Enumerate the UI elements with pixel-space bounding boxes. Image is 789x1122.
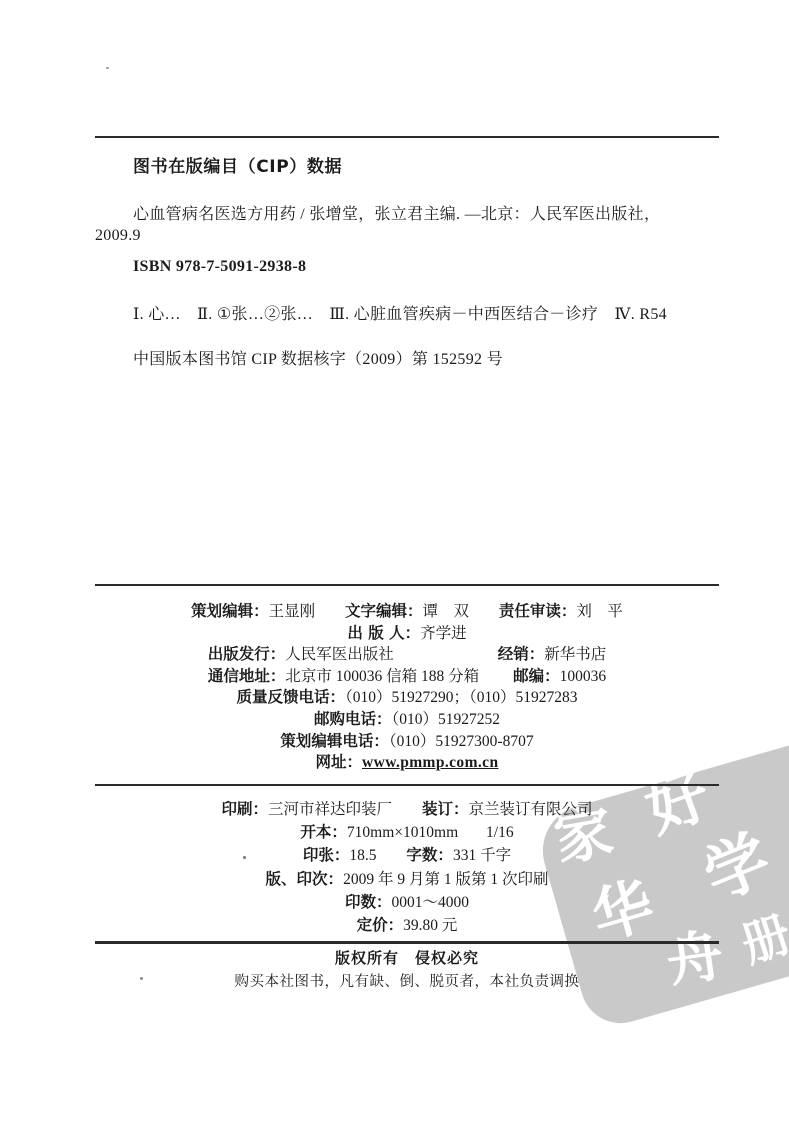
field-label: 开本： [300,823,347,841]
field-value: 2009 年 9 月第 1 版第 1 次印刷 [343,871,548,888]
field-label: 质量反馈电话： [236,688,345,706]
field-label: 印刷： [222,800,269,818]
scan-speck [106,67,109,69]
divider-copyright [95,941,719,944]
info-pair: 开本：710mm×1010mm [300,824,458,841]
field-value: 18.5 [349,847,376,864]
book-copyright-page: 家 好 华 学 舟 册 PDG 图书在版编目（CIP）数据 心血管病名医选方用药… [0,0,789,1122]
info-pair: 文字编辑：谭 双 [345,603,469,620]
info-pair: 印数：0001～4000 [345,894,469,911]
field-value: 刘 平 [576,603,623,620]
cip-isbn: ISBN 978-7-5091-2938-8 [133,258,306,276]
website-url: www.pmmp.com.cn [362,754,498,771]
copyright-block: 版权所有 侵权必究 购买本社图书，凡有缺、倒、脱页者，本社负责调换 [95,946,719,994]
field-value: （010）51927290；（010）51927283 [345,689,578,706]
field-label: 装订： [422,800,469,818]
info-row-publisher-person: 出 版 人：齐学进 [95,623,719,645]
info-pair: 印刷：三河市祥达印装厂 [222,801,393,818]
info-pair: 质量反馈电话：（010）51927290；（010）51927283 [236,689,577,706]
field-label: 责任审读： [499,602,577,620]
field-label: 字数： [406,846,453,864]
info-pair: 策划编辑：王显刚 [191,603,315,620]
watermark-seal-glyph: 册 [736,911,789,971]
field-label: 印数： [345,893,392,911]
field-value: （010）51927300-8707 [389,733,534,750]
field-label: 定价： [357,916,404,934]
field-value: 1/16 [486,824,514,841]
info-row-editors: 策划编辑：王显刚 文字编辑：谭 双 责任审读：刘 平 [95,601,719,623]
divider-publication [95,584,719,586]
cip-classification: Ⅰ. 心… Ⅱ. ①张…②张… Ⅲ. 心脏血管疾病－中西医结合－诊疗 Ⅳ. R5… [133,301,667,324]
info-row-mailorder-phone: 邮购电话：（010）51927252 [95,709,719,731]
info-row-feedback-phone: 质量反馈电话：（010）51927290；（010）51927283 [95,687,719,709]
field-value: 0001～4000 [392,894,470,911]
field-label: 版、印次： [266,870,344,888]
field-label: 邮购电话： [314,710,392,728]
info-row-printer: 印刷：三河市祥达印装厂 装订：京兰装订有限公司 [95,798,719,821]
info-row-address: 通信地址：北京市 100036 信箱 188 分箱 邮编：100036 [95,666,719,688]
field-value: 人民军医出版社 [285,646,394,663]
field-label: 文字编辑： [345,602,423,620]
printing-info: 印刷：三河市祥达印装厂 装订：京兰装订有限公司 开本：710mm×1010mm … [95,798,719,937]
copyright-notice: 版权所有 侵权必究 [95,946,719,970]
field-value: 王显刚 [269,603,316,620]
field-value: 39.80 元 [403,917,457,934]
info-row-sheets: 印张：18.5 字数：331 千字 [95,844,719,867]
field-label: 邮编： [513,667,560,685]
field-value: 京兰装订有限公司 [468,801,592,818]
info-pair: 字数：331 千字 [406,847,511,864]
field-value: 新华书店 [544,646,606,663]
info-row-print-run: 印数：0001～4000 [95,891,719,914]
field-label: 经销： [498,645,545,663]
field-value: 齐学进 [420,625,467,642]
info-pair: 1/16 [486,824,514,841]
divider-printing [95,784,719,786]
divider-top [95,136,719,138]
info-row-website: 网址：www.pmmp.com.cn [95,752,719,774]
field-label: 策划编辑电话： [280,732,389,750]
field-value: 100036 [560,668,607,685]
info-pair: 邮编：100036 [513,668,606,685]
info-row-edition: 版、印次：2009 年 9 月第 1 版第 1 次印刷 [95,868,719,891]
info-row-format: 开本：710mm×1010mm 1/16 [95,821,719,844]
field-label: 网址： [316,753,363,771]
info-pair: 策划编辑电话：（010）51927300-8707 [280,733,533,750]
cip-registry-number: 中国版本图书馆 CIP 数据核字（2009）第 152592 号 [133,346,503,369]
publication-info: 策划编辑：王显刚 文字编辑：谭 双 责任审读：刘 平 出 版 人：齐学进 出版发… [95,601,719,774]
info-pair: 定价：39.80 元 [357,917,458,934]
info-row-price: 定价：39.80 元 [95,914,719,937]
field-value: 331 千字 [453,847,511,864]
field-value: 北京市 100036 信箱 188 分箱 [285,668,479,685]
field-value: 三河市祥达印装厂 [268,801,392,818]
field-value: （010）51927252 [392,711,501,728]
exchange-notice: 购买本社图书，凡有缺、倒、脱页者，本社负责调换 [95,970,719,994]
field-label: 策划编辑： [191,602,269,620]
info-pair: 邮购电话：（010）51927252 [314,711,500,728]
info-pair: 经销：新华书店 [498,646,607,663]
cip-entry-continuation: 2009.9 [95,227,141,245]
field-value: 710mm×1010mm [347,824,458,841]
field-label: 出 版 人： [347,624,420,642]
info-pair: 出 版 人：齐学进 [347,625,466,642]
field-value: 谭 双 [423,603,470,620]
info-row-editor-phone: 策划编辑电话：（010）51927300-8707 [95,731,719,753]
info-pair: 网址：www.pmmp.com.cn [316,754,499,771]
info-pair: 出版发行：人民军医出版社 [208,646,394,663]
info-pair: 印张：18.5 [303,847,377,864]
field-label: 出版发行： [208,645,286,663]
info-pair: 装订：京兰装订有限公司 [422,801,593,818]
info-pair: 责任审读：刘 平 [499,603,623,620]
cip-entry-line: 心血管病名医选方用药 / 张增堂，张立君主编. —北京：人民军医出版社， [133,201,660,224]
field-label: 通信地址： [208,667,286,685]
info-pair: 版、印次：2009 年 9 月第 1 版第 1 次印刷 [266,871,549,888]
info-pair: 通信地址：北京市 100036 信箱 188 分箱 [208,668,479,685]
info-row-distribution: 出版发行：人民军医出版社 经销：新华书店 [95,644,719,666]
field-label: 印张： [303,846,350,864]
cip-title: 图书在版编目（CIP）数据 [133,152,342,177]
